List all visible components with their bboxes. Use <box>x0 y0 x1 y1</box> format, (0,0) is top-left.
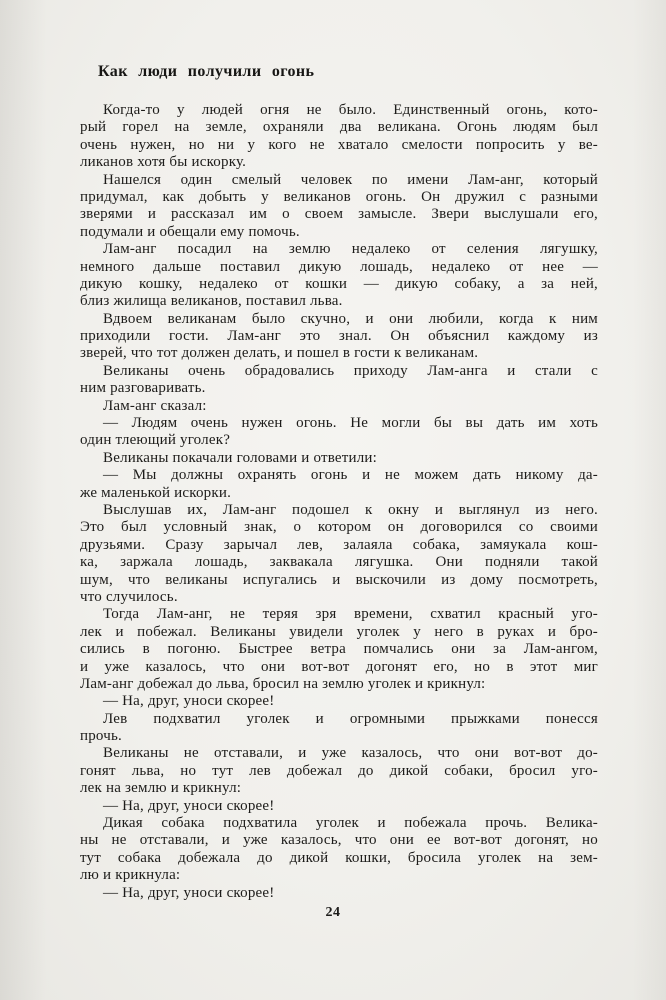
text-line: шум, что великаны испугались и выскочили… <box>80 572 598 589</box>
paragraph: Лам-анг сказал: <box>80 398 598 415</box>
text-line: зверями и рассказал им о своем замысле. … <box>80 206 598 223</box>
text-line: Лам-анг посадил на землю недалеко от сел… <box>80 241 598 258</box>
text-line: сились в погоню. Быстрее ветра помчались… <box>80 641 598 658</box>
page-number: 24 <box>0 905 666 921</box>
text-line: очень нужен, но ни у кого не хватало сме… <box>80 137 598 154</box>
text-line: Великаны покачали головами и ответили: <box>80 450 598 467</box>
paragraph: — На, друг, уноси скорее! <box>80 693 598 710</box>
paragraph: Выслушав их, Лам-анг подошел к окну и вы… <box>80 502 598 606</box>
text-line: тут собака добежала до дикой кошки, брос… <box>80 850 598 867</box>
paragraph: Великаны очень обрадовались приходу Лам-… <box>80 363 598 398</box>
text-line: и уже казалось, что они вот-вот догонят … <box>80 659 598 676</box>
text-line: лек на землю и крикнул: <box>80 780 598 797</box>
text-line: Дикая собака подхватила уголек и побежал… <box>80 815 598 832</box>
text-line: что случилось. <box>80 589 598 606</box>
paragraph: Великаны покачали головами и ответили: <box>80 450 598 467</box>
paragraph: — На, друг, уноси скорее! <box>80 798 598 815</box>
text-line: Вдвоем великанам было скучно, и они люби… <box>80 311 598 328</box>
text-line: же маленькой искорки. <box>80 485 598 502</box>
text-line: лек и побежал. Великаны увидели уголек у… <box>80 624 598 641</box>
paragraph: Лев подхватил уголек и огромными прыжкам… <box>80 711 598 746</box>
text-line: Лам-анг добежал до льва, бросил на землю… <box>80 676 598 693</box>
text-line: Великаны очень обрадовались приходу Лам-… <box>80 363 598 380</box>
story-title: Как люди получили огонь <box>98 62 598 81</box>
text-line: Когда-то у людей огня не было. Единствен… <box>80 102 598 119</box>
paragraph: Великаны не отставали, и уже казалось, ч… <box>80 745 598 797</box>
text-line: зверей, что тот должен делать, и пошел в… <box>80 345 598 362</box>
text-line: — На, друг, уноси скорее! <box>80 885 598 902</box>
text-line: ним разговаривать. <box>80 380 598 397</box>
text-line: подумали и обещали ему помочь. <box>80 224 598 241</box>
story-body: Когда-то у людей огня не было. Единствен… <box>80 102 598 902</box>
text-line: один тлеющий уголек? <box>80 432 598 449</box>
scanned-book-page: Как люди получили огонь Когда-то у людей… <box>0 0 666 1000</box>
paragraph: Лам-анг посадил на землю недалеко от сел… <box>80 241 598 311</box>
paragraph: Дикая собака подхватила уголек и побежал… <box>80 815 598 885</box>
text-line: приходили гости. Лам-анг это знал. Он об… <box>80 328 598 345</box>
paragraph: Вдвоем великанам было скучно, и они люби… <box>80 311 598 363</box>
text-line: Великаны не отставали, и уже казалось, ч… <box>80 745 598 762</box>
text-line: друзьями. Сразу зарычал лев, залаяла соб… <box>80 537 598 554</box>
text-line: прочь. <box>80 728 598 745</box>
paragraph: — Мы должны охранять огонь и не можем да… <box>80 467 598 502</box>
text-line: придумал, как добыть у великанов огонь. … <box>80 189 598 206</box>
text-line: ка, заржала лошадь, заквакала лягушка. О… <box>80 554 598 571</box>
text-line: Нашелся один смелый человек по имени Лам… <box>80 172 598 189</box>
text-line: — На, друг, уноси скорее! <box>80 693 598 710</box>
paragraph: Тогда Лам-анг, не теряя зря времени, схв… <box>80 606 598 693</box>
paragraph: Когда-то у людей огня не было. Единствен… <box>80 102 598 172</box>
text-line: Лам-анг сказал: <box>80 398 598 415</box>
text-line: Выслушав их, Лам-анг подошел к окну и вы… <box>80 502 598 519</box>
paragraph: — Людям очень нужен огонь. Не могли бы в… <box>80 415 598 450</box>
text-line: ликанов хотя бы искорку. <box>80 154 598 171</box>
text-line: дикую кошку, недалеко от кошки — дикую с… <box>80 276 598 293</box>
text-line: близ жилища великанов, поставил льва. <box>80 293 598 310</box>
text-line: гонят льва, но тут лев добежал до дикой … <box>80 763 598 780</box>
text-line: — На, друг, уноси скорее! <box>80 798 598 815</box>
text-line: Это был условный знак, о котором он дого… <box>80 519 598 536</box>
text-line: немного дальше поставил дикую лошадь, не… <box>80 259 598 276</box>
text-line: — Людям очень нужен огонь. Не могли бы в… <box>80 415 598 432</box>
text-line: Тогда Лам-анг, не теряя зря времени, схв… <box>80 606 598 623</box>
paragraph: Нашелся один смелый человек по имени Лам… <box>80 172 598 242</box>
paragraph: — На, друг, уноси скорее! <box>80 885 598 902</box>
text-line: Лев подхватил уголек и огромными прыжкам… <box>80 711 598 728</box>
text-line: лю и крикнула: <box>80 867 598 884</box>
text-line: рый горел на земле, охраняли два великан… <box>80 119 598 136</box>
text-line: ны не отставали, и уже казалось, что они… <box>80 832 598 849</box>
page-text-column: Как люди получили огонь Когда-то у людей… <box>80 62 598 902</box>
text-line: — Мы должны охранять огонь и не можем да… <box>80 467 598 484</box>
